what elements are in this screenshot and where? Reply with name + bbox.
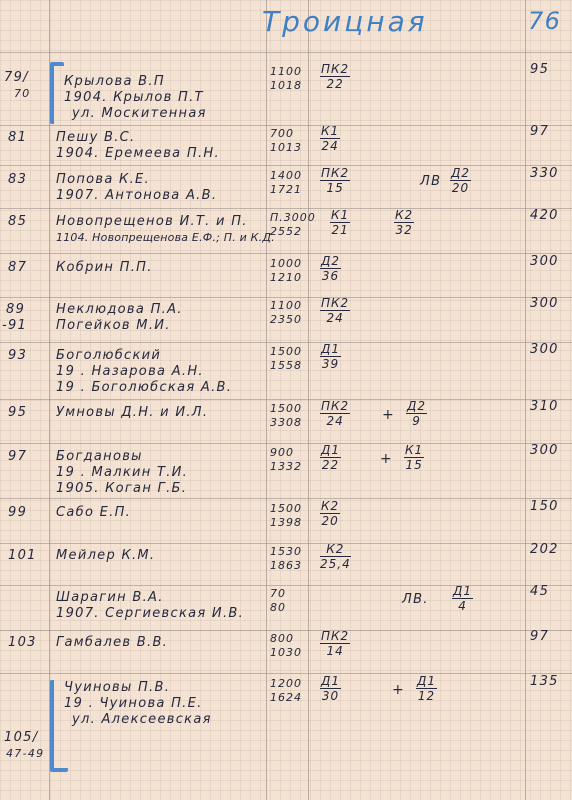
fraction-denominator: 25,4	[320, 557, 351, 571]
fraction-numerator: Д1	[416, 674, 437, 689]
value-2: 1332	[270, 459, 302, 474]
house-number: 105/	[4, 730, 38, 745]
fraction-denominator: 24	[320, 139, 340, 153]
value-2: 1030	[270, 645, 302, 660]
value-2: 1863	[270, 558, 302, 573]
total-value: 45	[530, 584, 549, 599]
fraction-numerator: ПК2	[320, 296, 350, 311]
row-rule	[0, 253, 572, 254]
row-rule	[0, 585, 572, 586]
total-value: 300	[530, 296, 559, 311]
total-value: 310	[530, 399, 559, 414]
page-number: 76	[528, 14, 561, 29]
street-title: Троицная	[262, 14, 428, 29]
resident-name: 19 . Боголюбская А.В.	[56, 380, 232, 395]
fraction-code: Д220	[450, 166, 471, 195]
plus-sign: +	[380, 451, 392, 467]
resident-name: 19 . Назарова А.Н.	[56, 364, 204, 379]
row-rule	[0, 399, 572, 400]
house-number: 89	[6, 302, 25, 317]
value-1: 700	[270, 126, 294, 141]
value-2: 1018	[270, 78, 302, 93]
value-1: 1200	[270, 676, 302, 691]
fraction-numerator: Д1	[452, 584, 473, 599]
fraction-code: Д29	[406, 399, 427, 428]
resident-name: 1905. Коган Г.Б.	[56, 481, 187, 496]
fraction-numerator: Д1	[320, 443, 341, 458]
house-number: 85	[8, 214, 27, 229]
fraction-numerator: К1	[404, 443, 424, 458]
total-value: 97	[530, 629, 549, 644]
value-1: П.3000	[270, 210, 316, 225]
fraction-numerator: К2	[320, 499, 340, 514]
value-2: 1210	[270, 270, 302, 285]
resident-name: 19 . Малкин Т.И.	[56, 465, 188, 480]
resident-name: Попова К.Е.	[56, 172, 150, 187]
total-value: 95	[530, 62, 549, 77]
fraction-denominator: 21	[330, 223, 350, 237]
value-2: 3308	[270, 415, 302, 430]
value-1: 1530	[270, 544, 302, 559]
row-rule	[0, 342, 572, 343]
fraction-denominator: 39	[320, 357, 341, 371]
fraction-denominator: 12	[416, 689, 437, 703]
fraction-denominator: 24	[320, 311, 350, 325]
total-value: 150	[530, 499, 559, 514]
house-number-alt: 70	[14, 86, 31, 101]
column-rule	[266, 0, 267, 800]
fraction-denominator: 36	[320, 269, 341, 283]
house-number: 103	[8, 635, 37, 650]
fraction-code: Д139	[320, 342, 341, 371]
value-1: 1500	[270, 344, 302, 359]
fraction-code: К232	[394, 208, 414, 237]
fraction-numerator: К2	[320, 542, 351, 557]
plus-sign: +	[392, 682, 404, 698]
fraction-code: ПК224	[320, 296, 350, 325]
fraction-code: К121	[330, 208, 350, 237]
column-rule	[525, 0, 526, 800]
fraction-numerator: К2	[394, 208, 414, 223]
resident-name: 1907. Сергиевская И.В.	[56, 606, 244, 621]
resident-name: Мейлер К.М.	[56, 548, 155, 563]
fraction-numerator: Д2	[406, 399, 427, 414]
fraction-code: Д122	[320, 443, 341, 472]
fraction-denominator: 9	[406, 414, 427, 428]
total-value: 420	[530, 208, 559, 223]
resident-name: Гамбалев В.В.	[56, 635, 168, 650]
fraction-numerator: ПК2	[320, 62, 350, 77]
fraction-denominator: 22	[320, 458, 341, 472]
house-number: 97	[8, 449, 27, 464]
ledger-page: Троицная 76 79/70Крылова В.П1904. Крылов…	[0, 0, 572, 800]
fraction-numerator: Д2	[450, 166, 471, 181]
resident-name: Сабо Е.П.	[56, 505, 131, 520]
fraction-numerator: ПК2	[320, 399, 350, 414]
resident-name: Умновы Д.Н. и И.Л.	[56, 405, 208, 420]
resident-name: Боголюбский	[56, 348, 161, 363]
fraction-code: ПК222	[320, 62, 350, 91]
fraction-numerator: ПК2	[320, 166, 350, 181]
fraction-denominator: 15	[320, 181, 350, 195]
house-number-alt: 47-49	[6, 746, 44, 761]
fraction-numerator: Д2	[320, 254, 341, 269]
total-value: 300	[530, 443, 559, 458]
value-2: 2350	[270, 312, 302, 327]
total-value: 300	[530, 342, 559, 357]
resident-name: 1904. Еремеева П.Н.	[56, 146, 220, 161]
house-number: 95	[8, 405, 27, 420]
annotation: ЛВ	[420, 174, 441, 189]
row-rule	[0, 498, 572, 499]
value-1: 1400	[270, 168, 302, 183]
resident-name: 19 . Чуинова П.Е.	[64, 696, 203, 711]
fraction-code: Д112	[416, 674, 437, 703]
value-1: 900	[270, 445, 294, 460]
resident-name: Кобрин П.П.	[56, 260, 153, 275]
fraction-denominator: 4	[452, 599, 473, 613]
resident-name: Крылова В.П	[64, 74, 165, 89]
value-2: 80	[270, 600, 286, 615]
fraction-code: ПК214	[320, 629, 350, 658]
fraction-code: ПК215	[320, 166, 350, 195]
value-2: 1398	[270, 515, 302, 530]
fraction-numerator: Д1	[320, 342, 341, 357]
group-bracket	[50, 62, 64, 124]
house-number: 81	[8, 130, 27, 145]
resident-name: ул. Москитенная	[72, 106, 207, 121]
value-1: 1500	[270, 501, 302, 516]
fraction-numerator: ПК2	[320, 629, 350, 644]
fraction-code: Д130	[320, 674, 341, 703]
fraction-code: Д14	[452, 584, 473, 613]
row-rule	[0, 673, 572, 674]
house-number: 99	[8, 505, 27, 520]
fraction-code: К225,4	[320, 542, 351, 571]
value-1: 800	[270, 631, 294, 646]
value-1: 1100	[270, 298, 302, 313]
value-1: 1000	[270, 256, 302, 271]
value-1: 1100	[270, 64, 302, 79]
fraction-code: Д236	[320, 254, 341, 283]
resident-name: Погейков М.И.	[56, 318, 171, 333]
total-value: 135	[530, 674, 559, 689]
fraction-denominator: 30	[320, 689, 341, 703]
fraction-numerator: К1	[320, 124, 340, 139]
house-number: 83	[8, 172, 27, 187]
total-value: 97	[530, 124, 549, 139]
house-number: 79/	[4, 70, 29, 85]
fraction-code: К220	[320, 499, 340, 528]
fraction-code: К115	[404, 443, 424, 472]
fraction-numerator: Д1	[320, 674, 341, 689]
value-1: 1500	[270, 401, 302, 416]
fraction-denominator: 14	[320, 644, 350, 658]
value-2: 1013	[270, 140, 302, 155]
house-number: 87	[8, 260, 27, 275]
fraction-denominator: 24	[320, 414, 350, 428]
resident-name: Шарагин В.А.	[56, 590, 164, 605]
fraction-denominator: 22	[320, 77, 350, 91]
fraction-code: ПК224	[320, 399, 350, 428]
resident-name: 1904. Крылов П.Т	[64, 90, 204, 105]
total-value: 202	[530, 542, 559, 557]
row-rule	[0, 52, 572, 53]
resident-name: ул. Алексеевская	[72, 712, 212, 727]
value-1: 70	[270, 586, 286, 601]
fraction-denominator: 20	[320, 514, 340, 528]
value-2: 1721	[270, 182, 302, 197]
resident-name: Богдановы	[56, 449, 143, 464]
fraction-numerator: К1	[330, 208, 350, 223]
fraction-code: К124	[320, 124, 340, 153]
house-number: 93	[8, 348, 27, 363]
value-2: 2552	[270, 224, 302, 239]
house-number: 101	[8, 548, 37, 563]
row-rule	[0, 165, 572, 166]
fraction-denominator: 15	[404, 458, 424, 472]
plus-sign: +	[382, 407, 394, 423]
resident-name: Новопрещенов И.Т. и П.	[56, 214, 248, 229]
row-rule	[0, 208, 572, 209]
value-2: 1624	[270, 690, 302, 705]
resident-name: Неклюдова П.А.	[56, 302, 183, 317]
row-rule	[0, 443, 572, 444]
resident-name: Чуиновы П.В.	[64, 680, 170, 695]
total-value: 330	[530, 166, 559, 181]
resident-name: Пешу В.С.	[56, 130, 135, 145]
column-rule	[308, 0, 309, 800]
annotation: ЛВ.	[402, 592, 429, 607]
fraction-denominator: 20	[450, 181, 471, 195]
house-number-alt: -91	[2, 318, 27, 333]
total-value: 300	[530, 254, 559, 269]
fraction-denominator: 32	[394, 223, 414, 237]
value-2: 1558	[270, 358, 302, 373]
resident-name: 1907. Антонова А.В.	[56, 188, 217, 203]
resident-name: 1104. Новопрещенова Е.Ф.; П. и К.Д.	[56, 230, 275, 245]
